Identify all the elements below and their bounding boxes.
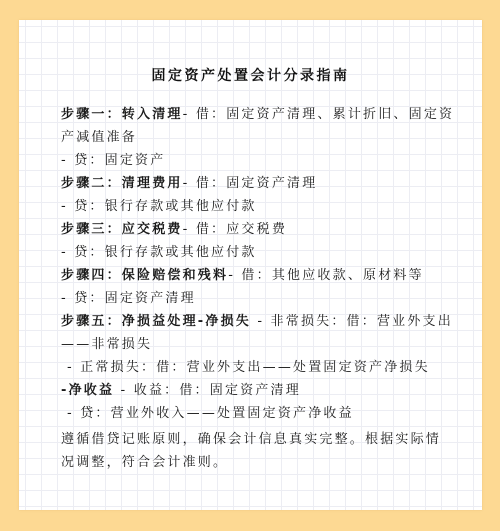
- step-label: 步骤二：清理费用: [61, 176, 183, 191]
- step-5: 步骤五：净损益处理-净损失 - 非常损失：借：营业外支出——非常损失: [61, 310, 456, 356]
- debit-text: 固定资产清理: [226, 176, 317, 191]
- step-3-credit: - 贷：银行存款或其他应付款: [61, 241, 456, 264]
- gain-credit: - 贷：营业外收入——处置固定资产净收益: [61, 402, 456, 425]
- net-gain-label: -净收益: [61, 383, 114, 398]
- debit-prefix: - 借：: [183, 176, 227, 191]
- debit-text: 应交税费: [226, 222, 287, 237]
- footer-note: 遵循借贷记账原则，确保会计信息真实完整。根据实际情况调整，符合会计准则。: [61, 428, 456, 474]
- step-label: 步骤三：应交税费: [61, 222, 183, 237]
- step-label: 步骤四：保险赔偿和残料: [61, 268, 228, 283]
- step-4: 步骤四：保险赔偿和残料- 借：其他应收款、原材料等: [61, 264, 456, 287]
- net-gain: -净收益 - 收益：借：固定资产清理: [61, 379, 456, 402]
- step-3: 步骤三：应交税费- 借：应交税费: [61, 218, 456, 241]
- step-1-credit: - 贷：固定资产: [61, 149, 456, 172]
- debit-prefix: - 借：: [183, 107, 227, 122]
- page-title: 固定资产处置会计分录指南: [19, 65, 482, 85]
- step-label: 步骤一：转入清理: [61, 107, 183, 122]
- debit-prefix: - 借：: [228, 268, 272, 283]
- step-2-credit: - 贷：银行存款或其他应付款: [61, 195, 456, 218]
- normal-loss: - 正常损失：借：营业外支出——处置固定资产净损失: [61, 356, 456, 379]
- debit-text: 其他应收款、原材料等: [272, 268, 424, 283]
- document-card: 固定资产处置会计分录指南 步骤一：转入清理- 借：固定资产清理、累计折旧、固定资…: [19, 20, 482, 510]
- gain-debit: - 收益：借：固定资产清理: [114, 383, 301, 398]
- content-body: 步骤一：转入清理- 借：固定资产清理、累计折旧、固定资产减值准备 - 贷：固定资…: [61, 103, 456, 474]
- step-1: 步骤一：转入清理- 借：固定资产清理、累计折旧、固定资产减值准备: [61, 103, 456, 149]
- step-label: 步骤五：净损益处理-净损失: [61, 314, 251, 329]
- step-2: 步骤二：清理费用- 借：固定资产清理: [61, 172, 456, 195]
- step-4-credit: - 贷：固定资产清理: [61, 287, 456, 310]
- debit-prefix: - 借：: [183, 222, 227, 237]
